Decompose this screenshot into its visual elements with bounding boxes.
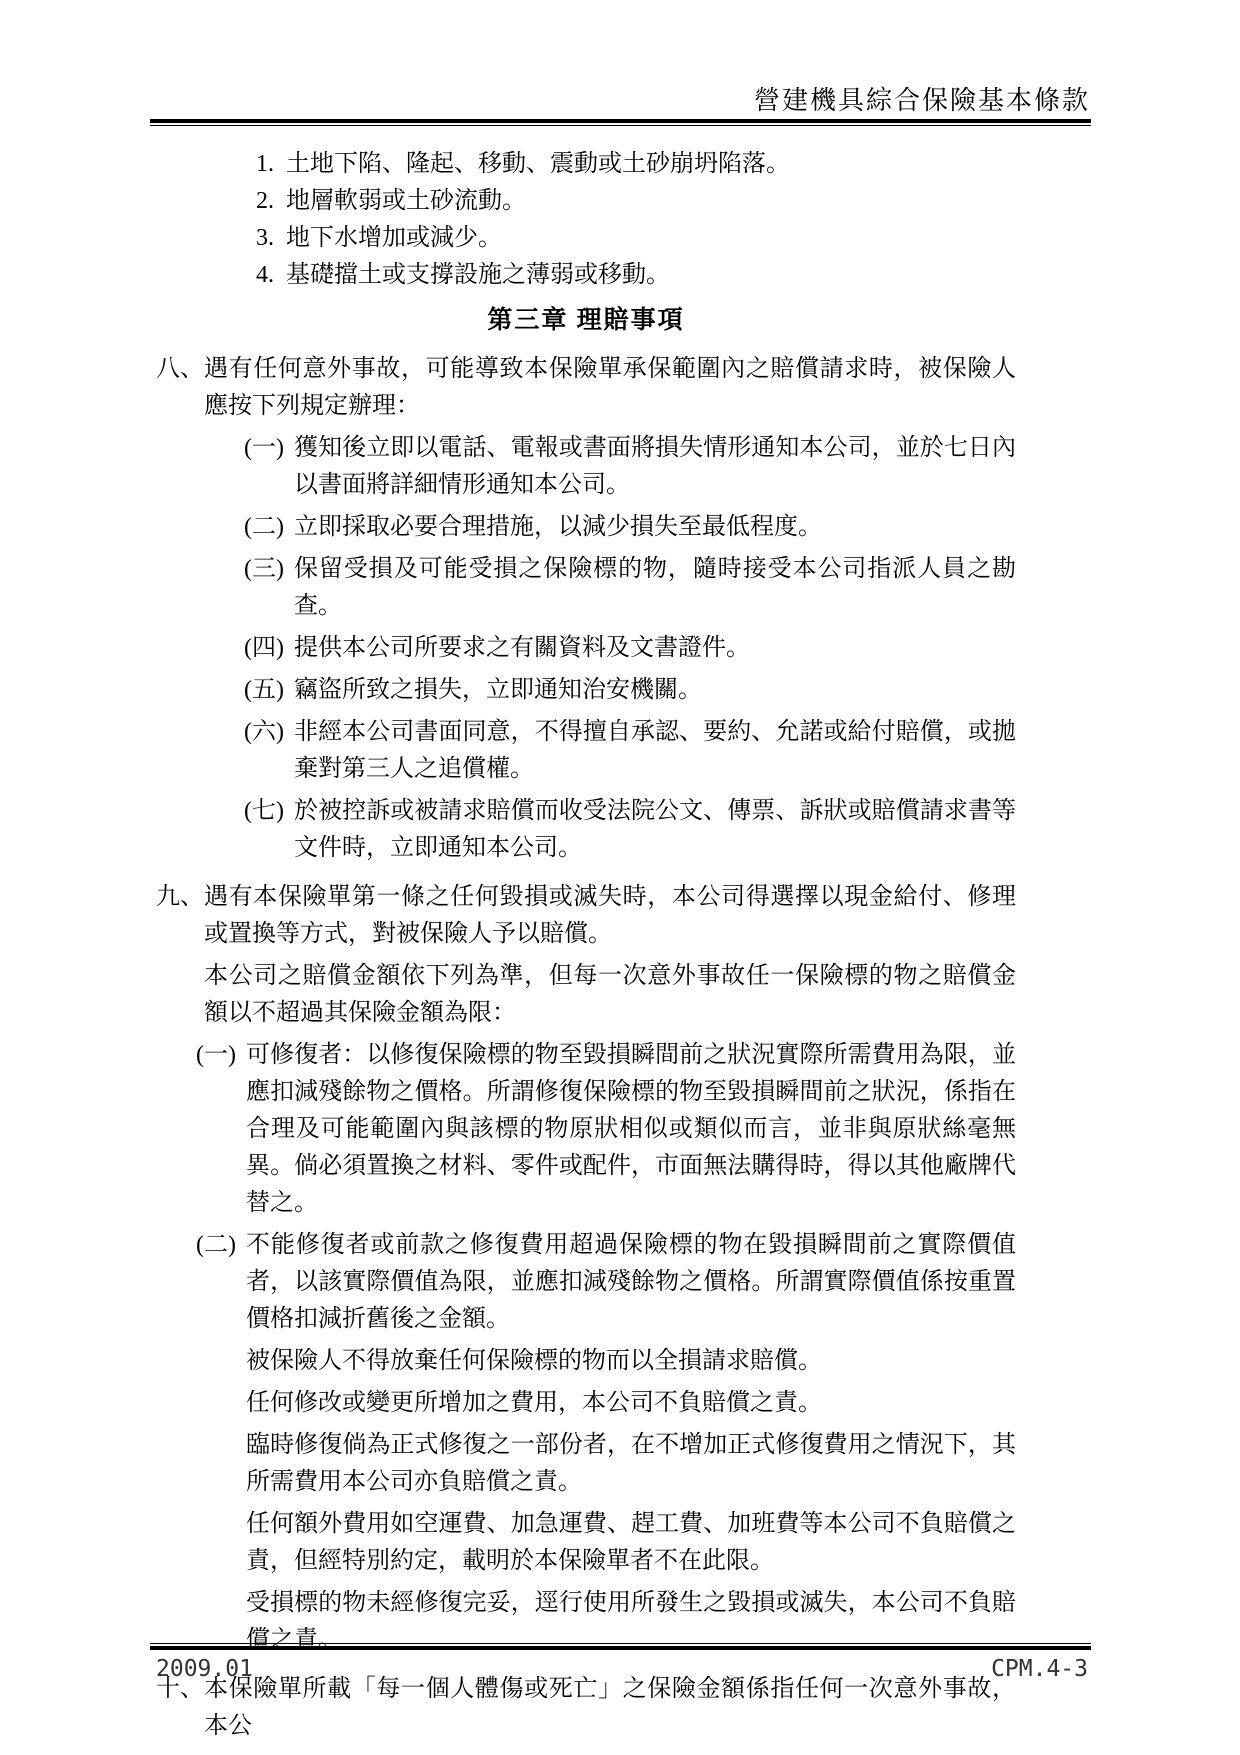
list-item-text: 地下水增加或減少。: [286, 225, 502, 251]
paragraph: 任何額外費用如空運費、加急運費、趕工費、加班費等本公司不負賠償之責，但經特別約定…: [246, 1506, 1016, 1580]
clause-item: (五) 竊盜所致之損失，立即通知治安機關。: [244, 672, 1016, 709]
list-item: 2.地層軟弱或土砂流動。: [256, 183, 1016, 220]
clause-item: (一) 獲知後立即以電話、電報或書面將損失情形通知本公司，並於七日內以書面將詳細…: [244, 430, 1016, 504]
item-number: (二): [196, 1227, 236, 1264]
clause-10: 十、 本保險單所載「每一個人體傷或死亡」之保險金額係指任何一次意外事故，本公: [156, 1671, 1016, 1745]
header-rule-thin: [150, 125, 1091, 126]
list-item-text: 基礎擋土或支撐設施之薄弱或移動。: [286, 262, 670, 288]
footer-rule-thick: [150, 1646, 1091, 1650]
clause-9-paragraph: 本公司之賠償金額依下列為準，但每一次意外事故任一保險標的物之賠償金額以不超過其保…: [204, 958, 1016, 1032]
clause-intro: 遇有本保險單第一條之任何毀損或滅失時，本公司得選擇以現金給付、修理或置換等方式，…: [204, 879, 1016, 953]
paragraph: 被保險人不得放棄任何保險標的物而以全損請求賠償。: [246, 1343, 1016, 1380]
list-item: 1.土地下陷、隆起、移動、震動或土砂崩坍陷落。: [256, 146, 1016, 183]
paragraph: 臨時修復倘為正式修復之一部份者，在不增加正式修復費用之情況下，其所需費用本公司亦…: [246, 1427, 1016, 1501]
clause-item: (四) 提供本公司所要求之有關資料及文書證件。: [244, 630, 1016, 667]
chapter-heading: 第三章 理賠事項: [156, 302, 1016, 339]
clause-9-extra-paragraphs: 被保險人不得放棄任何保險標的物而以全損請求賠償。 任何修改或變更所增加之費用，本…: [246, 1343, 1016, 1659]
header-rule-thick: [150, 119, 1091, 123]
item-number: (四): [244, 630, 284, 667]
item-text: 可修復者：以修復保險標的物至毀損瞬間前之狀況實際所需費用為限，並應扣減殘餘物之價…: [246, 1037, 1016, 1222]
clause-number: 八、: [156, 351, 204, 388]
document-page: 營建機具綜合保險基本條款 1.土地下陷、隆起、移動、震動或土砂崩坍陷落。 2.地…: [0, 0, 1240, 1755]
list-item-number: 3.: [256, 220, 286, 257]
clause-9: 九、 遇有本保險單第一條之任何毀損或滅失時，本公司得選擇以現金給付、修理或置換等…: [156, 879, 1016, 1338]
item-text: 於被控訴或被請求賠償而收受法院公文、傳票、訴狀或賠償請求書等文件時，立即通知本公…: [294, 793, 1016, 867]
clause-9-items: (一) 可修復者：以修復保險標的物至毀損瞬間前之狀況實際所需費用為限，並應扣減殘…: [196, 1037, 1016, 1338]
intro-list: 1.土地下陷、隆起、移動、震動或土砂崩坍陷落。 2.地層軟弱或土砂流動。 3.地…: [256, 146, 1016, 294]
document-content: 1.土地下陷、隆起、移動、震動或土砂崩坍陷落。 2.地層軟弱或土砂流動。 3.地…: [156, 146, 1016, 1745]
list-item: 3.地下水增加或減少。: [256, 220, 1016, 257]
clause-item: (二) 立即採取必要合理措施，以減少損失至最低程度。: [244, 509, 1016, 546]
item-number: (二): [244, 509, 284, 546]
list-item-number: 1.: [256, 146, 286, 183]
paragraph: 任何修改或變更所增加之費用，本公司不負賠償之責。: [246, 1385, 1016, 1422]
clause-item: (二) 不能修復者或前款之修復費用超過保險標的物在毀損瞬間前之實際價值者，以該實…: [196, 1227, 1016, 1338]
list-item-text: 土地下陷、隆起、移動、震動或土砂崩坍陷落。: [286, 151, 790, 177]
item-number: (七): [244, 793, 284, 830]
header-rule: [150, 119, 1091, 126]
footer-page-code: CPM.4-3: [991, 1656, 1088, 1682]
footer-rule: [150, 1643, 1091, 1650]
footer-rule-thin: [150, 1643, 1091, 1644]
clause-item: (一) 可修復者：以修復保險標的物至毀損瞬間前之狀況實際所需費用為限，並應扣減殘…: [196, 1037, 1016, 1222]
item-text: 竊盜所致之損失，立即通知治安機關。: [294, 672, 1016, 709]
clause-number: 九、: [156, 879, 204, 916]
item-text: 獲知後立即以電話、電報或書面將損失情形通知本公司，並於七日內以書面將詳細情形通知…: [294, 430, 1016, 504]
item-text: 保留受損及可能受損之保險標的物，隨時接受本公司指派人員之勘查。: [294, 551, 1016, 625]
item-number: (五): [244, 672, 284, 709]
list-item-number: 2.: [256, 183, 286, 220]
clause-item: (六) 非經本公司書面同意，不得擅自承認、要約、允諾或給付賠償，或拋棄對第三人之…: [244, 714, 1016, 788]
item-number: (一): [196, 1037, 236, 1074]
footer-date: 2009.01: [156, 1656, 253, 1682]
list-item-number: 4.: [256, 257, 286, 294]
list-item-text: 地層軟弱或土砂流動。: [286, 188, 526, 214]
item-text: 立即採取必要合理措施，以減少損失至最低程度。: [294, 509, 1016, 546]
item-number: (六): [244, 714, 284, 751]
clause-8: 八、 遇有任何意外事故，可能導致本保險單承保範圍內之賠償請求時，被保險人應按下列…: [156, 351, 1016, 867]
item-text: 提供本公司所要求之有關資料及文書證件。: [294, 630, 1016, 667]
clause-8-items: (一) 獲知後立即以電話、電報或書面將損失情形通知本公司，並於七日內以書面將詳細…: [244, 430, 1016, 867]
item-number: (一): [244, 430, 284, 467]
list-item: 4.基礎擋土或支撐設施之薄弱或移動。: [256, 257, 1016, 294]
clause-intro: 本保險單所載「每一個人體傷或死亡」之保險金額係指任何一次意外事故，本公: [204, 1671, 1016, 1745]
header-title: 營建機具綜合保險基本條款: [754, 80, 1090, 117]
item-text: 不能修復者或前款之修復費用超過保險標的物在毀損瞬間前之實際價值者，以該實際價值為…: [246, 1227, 1016, 1338]
clause-intro: 遇有任何意外事故，可能導致本保險單承保範圍內之賠償請求時，被保險人應按下列規定辦…: [204, 351, 1016, 425]
clause-item: (三) 保留受損及可能受損之保險標的物，隨時接受本公司指派人員之勘查。: [244, 551, 1016, 625]
clause-item: (七) 於被控訴或被請求賠償而收受法院公文、傳票、訴狀或賠償請求書等文件時，立即…: [244, 793, 1016, 867]
item-text: 非經本公司書面同意，不得擅自承認、要約、允諾或給付賠償，或拋棄對第三人之追償權。: [294, 714, 1016, 788]
item-number: (三): [244, 551, 284, 588]
